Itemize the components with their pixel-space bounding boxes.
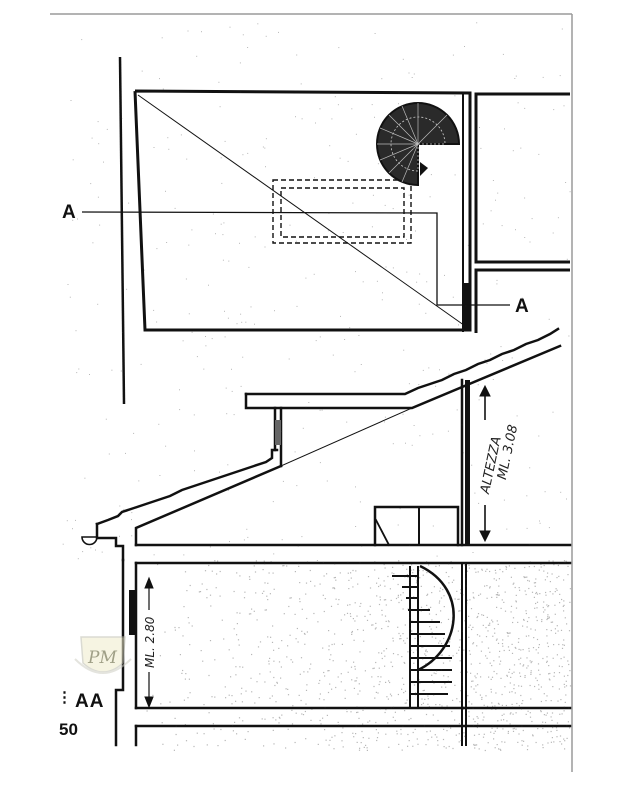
section-marker-right: A (515, 297, 529, 316)
section-title-prefix: ⋮ (57, 690, 72, 705)
scan-noise (63, 22, 571, 751)
lamp-icon (82, 537, 97, 545)
spiral-staircase-plan (377, 103, 459, 185)
floor-plan (82, 57, 570, 404)
section-marker-left: A (62, 203, 76, 222)
building-section (97, 329, 570, 745)
watermark-monogram: PM (88, 648, 117, 668)
section-title: AA (75, 692, 104, 711)
drawing-scale: 50 (59, 721, 78, 738)
spiral-staircase-elevation (392, 566, 454, 708)
floor-height-annotation: ML. 2.80 (143, 617, 157, 668)
